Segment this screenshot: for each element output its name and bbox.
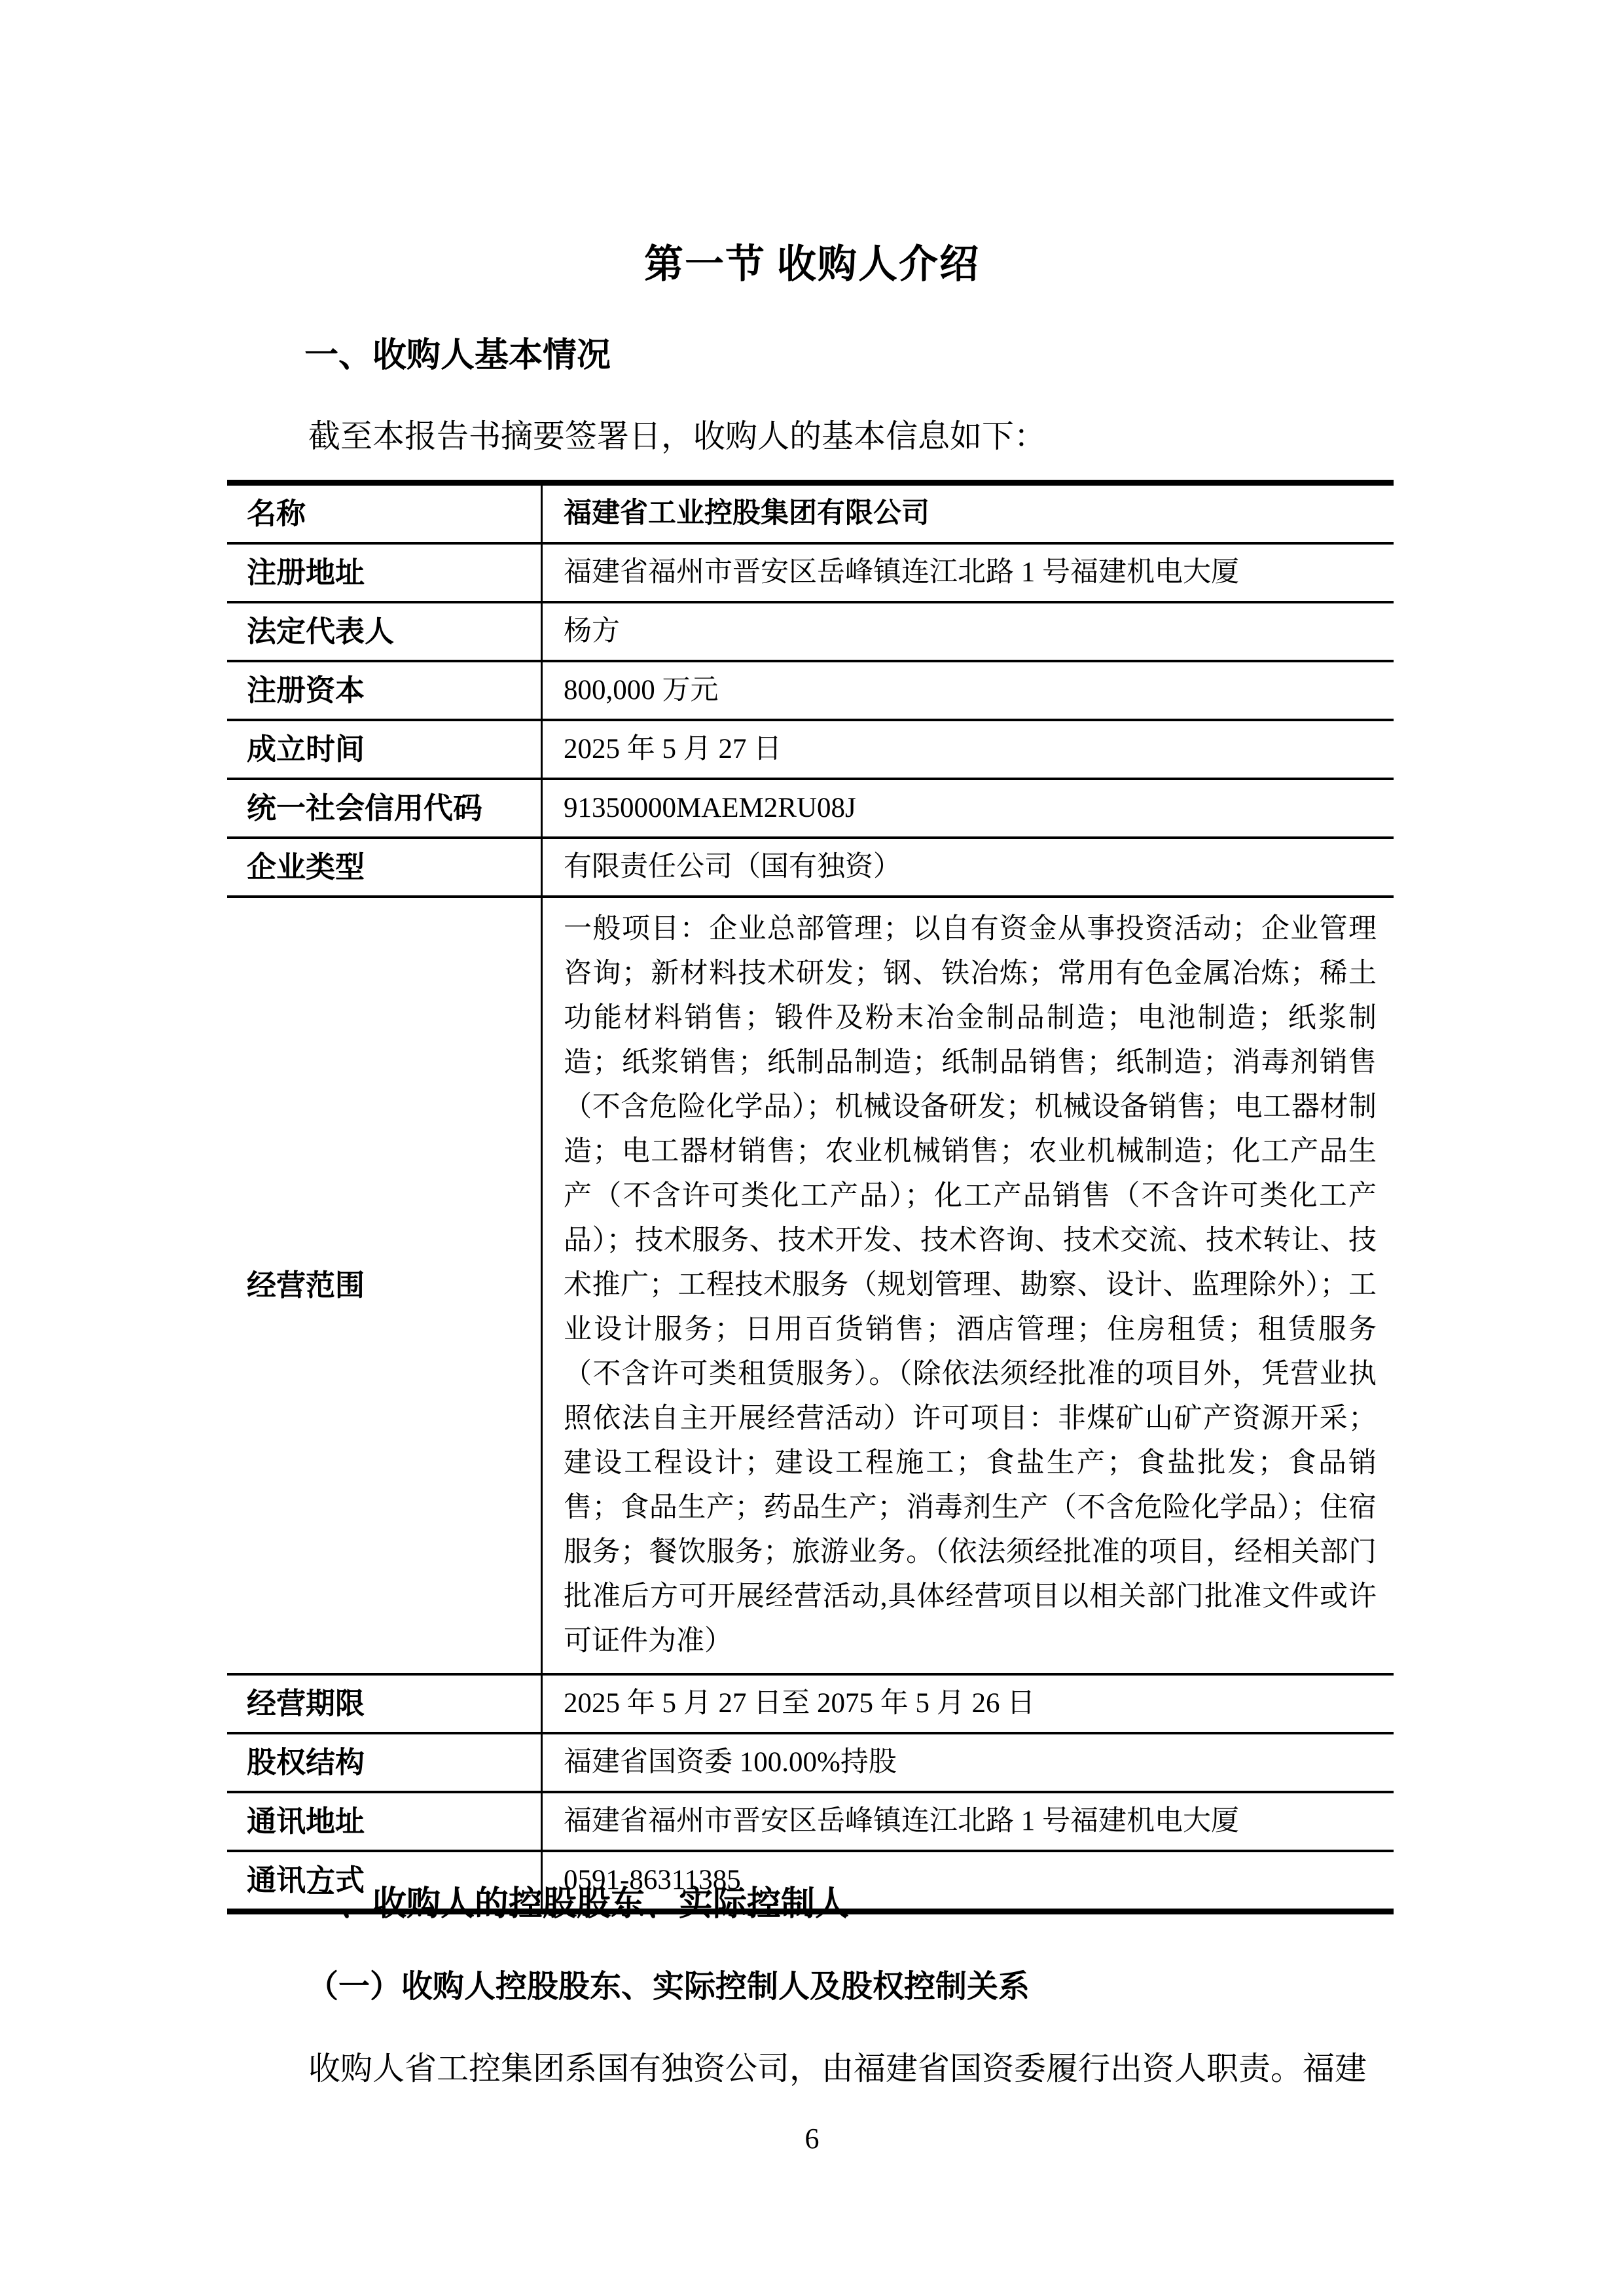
row-value: 800,000 万元 [542, 661, 1394, 720]
acquirer-info-table: 名称福建省工业控股集团有限公司注册地址福建省福州市晋安区岳峰镇连江北路 1 号福… [227, 480, 1394, 1914]
row-value: 福建省福州市晋安区岳峰镇连江北路 1 号福建机电大厦 [542, 1792, 1394, 1851]
page-title: 第一节 收购人介绍 [0, 233, 1624, 289]
row-label: 注册地址 [227, 543, 542, 602]
table-row: 法定代表人杨方 [227, 602, 1394, 661]
section-1-intro-paragraph: 截至本报告书摘要签署日，收购人的基本信息如下： [227, 416, 1399, 457]
table-row: 通讯地址福建省福州市晋安区岳峰镇连江北路 1 号福建机电大厦 [227, 1792, 1394, 1851]
table-row: 经营范围一般项目：企业总部管理；以自有资金从事投资活动；企业管理咨询；新材料技术… [227, 897, 1394, 1674]
row-label: 统一社会信用代码 [227, 779, 542, 838]
row-label: 法定代表人 [227, 602, 542, 661]
row-value: 2025 年 5 月 27 日至 2075 年 5 月 26 日 [542, 1674, 1394, 1733]
row-value: 杨方 [542, 602, 1394, 661]
row-label: 通讯地址 [227, 1792, 542, 1851]
row-value: 一般项目：企业总部管理；以自有资金从事投资活动；企业管理咨询；新材料技术研发；钢… [542, 897, 1394, 1674]
document-page: 第一节 收购人介绍 一、收购人基本情况 截至本报告书摘要签署日，收购人的基本信息… [0, 0, 1624, 2296]
page-number: 6 [0, 2122, 1624, 2155]
section-1-heading: 一、收购人基本情况 [227, 327, 1476, 376]
acquirer-info-table-body: 名称福建省工业控股集团有限公司注册地址福建省福州市晋安区岳峰镇连江北路 1 号福… [227, 483, 1394, 1912]
row-label: 经营期限 [227, 1674, 542, 1733]
table-row: 经营期限2025 年 5 月 27 日至 2075 年 5 月 26 日 [227, 1674, 1394, 1733]
row-label: 股权结构 [227, 1733, 542, 1792]
row-value: 福建省工业控股集团有限公司 [542, 483, 1394, 544]
row-value: 福建省国资委 100.00%持股 [542, 1733, 1394, 1792]
row-label: 名称 [227, 483, 542, 544]
table-row: 注册地址福建省福州市晋安区岳峰镇连江北路 1 号福建机电大厦 [227, 543, 1394, 602]
row-value: 91350000MAEM2RU08J [542, 779, 1394, 838]
row-label: 注册资本 [227, 661, 542, 720]
table-row: 成立时间2025 年 5 月 27 日 [227, 720, 1394, 779]
table-row: 注册资本800,000 万元 [227, 661, 1394, 720]
table-row: 企业类型有限责任公司（国有独资） [227, 838, 1394, 897]
row-label: 成立时间 [227, 720, 542, 779]
row-label: 经营范围 [227, 897, 542, 1674]
table-row: 名称福建省工业控股集团有限公司 [227, 483, 1394, 544]
row-value: 有限责任公司（国有独资） [542, 838, 1394, 897]
row-value: 福建省福州市晋安区岳峰镇连江北路 1 号福建机电大厦 [542, 543, 1394, 602]
table-row: 统一社会信用代码91350000MAEM2RU08J [227, 779, 1394, 838]
section-2-heading: 二、收购人的控股股东、实际控制人 [227, 1876, 1476, 1925]
table-row: 股权结构福建省国资委 100.00%持股 [227, 1733, 1394, 1792]
section-2-sub-heading: （一）收购人控股股东、实际控制人及股权控制关系 [227, 1961, 1479, 2006]
row-label: 企业类型 [227, 838, 542, 897]
section-2-paragraph: 收购人省工控集团系国有独资公司，由福建省国资委履行出资人职责。福建 [227, 2049, 1399, 2089]
row-value: 2025 年 5 月 27 日 [542, 720, 1394, 779]
